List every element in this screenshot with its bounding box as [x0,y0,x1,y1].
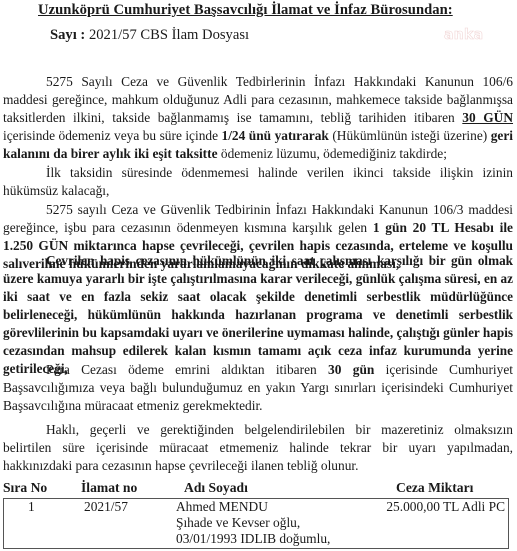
text: içerisinde ödemeniz veya bu süre içinde [3,128,222,143]
cell-ilamat-no: 2021/57 [84,499,128,516]
paragraph-community-service: Çevrilen hapis cezasının hükümlünün iki … [3,252,513,378]
column-header-adi-soyadi: Adı Soyadı [184,480,248,496]
application-deadline: 30 gün [328,362,374,377]
watermark-logo: anka [444,27,483,43]
document-title: Uzunköprü Cumhuriyet Başsavcılığı İlamat… [38,2,453,19]
paragraph-application: Para Cezası ödeme emrini aldıktan itibar… [3,361,513,415]
table-row: 1 2021/57 Ahmed MENDU Şıhade ve Kevser o… [3,498,509,549]
deadline-days: 30 GÜN [462,110,513,125]
installment-ratio: 1/24 ünü yatırarak [222,128,329,143]
file-number-value: 2021/57 CBS İlam Dosyası [89,27,249,43]
file-number-label: Sayı [50,27,77,43]
cell-birth: 03/01/1993 IDLIB doğumlu, [176,531,330,548]
column-header-ceza-miktari: Ceza Miktarı [396,480,473,496]
column-header-ilamat-no: İlamat no [81,480,137,496]
paragraph-payment-notice: 5275 Sayılı Ceza ve Güvenlik Tedbirlerin… [3,73,513,163]
table-header: Sıra No İlamat no Adı Soyadı Ceza Miktar… [0,480,517,498]
paragraph-notification: Haklı, geçerli ve gerektiğinden belgelen… [3,421,513,475]
cell-sira-no: 1 [28,499,35,516]
column-header-sira-no: Sıra No [3,480,47,496]
paragraph-installment-void: İlk taksidin süresinde ödenmemesi halind… [3,164,513,200]
text: Para Cezası ödeme emrini aldıktan itibar… [46,362,328,377]
body-section-2: Çevrilen hapis cezasının hükümlünün iki … [3,252,513,378]
cell-parents: Şıhade ve Kevser oğlu, [176,515,300,532]
file-number: Sayı : 2021/57 CBS İlam Dosyası [50,27,249,44]
body-section-1: 5275 Sayılı Ceza ve Güvenlik Tedbirlerin… [3,73,513,273]
text: (Hükümlünün isteği üzerine) [329,128,491,143]
text: ödemeniz lüzumu, ödemediğiniz takdirde; [218,146,447,161]
text: 5275 Sayılı Ceza ve Güvenlik Tedbirlerin… [3,74,513,125]
cell-ceza-miktari: 25.000,00 TL Adli PC [386,499,505,516]
cell-name: Ahmed MENDU [176,499,268,516]
file-number-separator: : [77,27,89,43]
body-section-3: Para Cezası ödeme emrini aldıktan itibar… [3,361,513,475]
